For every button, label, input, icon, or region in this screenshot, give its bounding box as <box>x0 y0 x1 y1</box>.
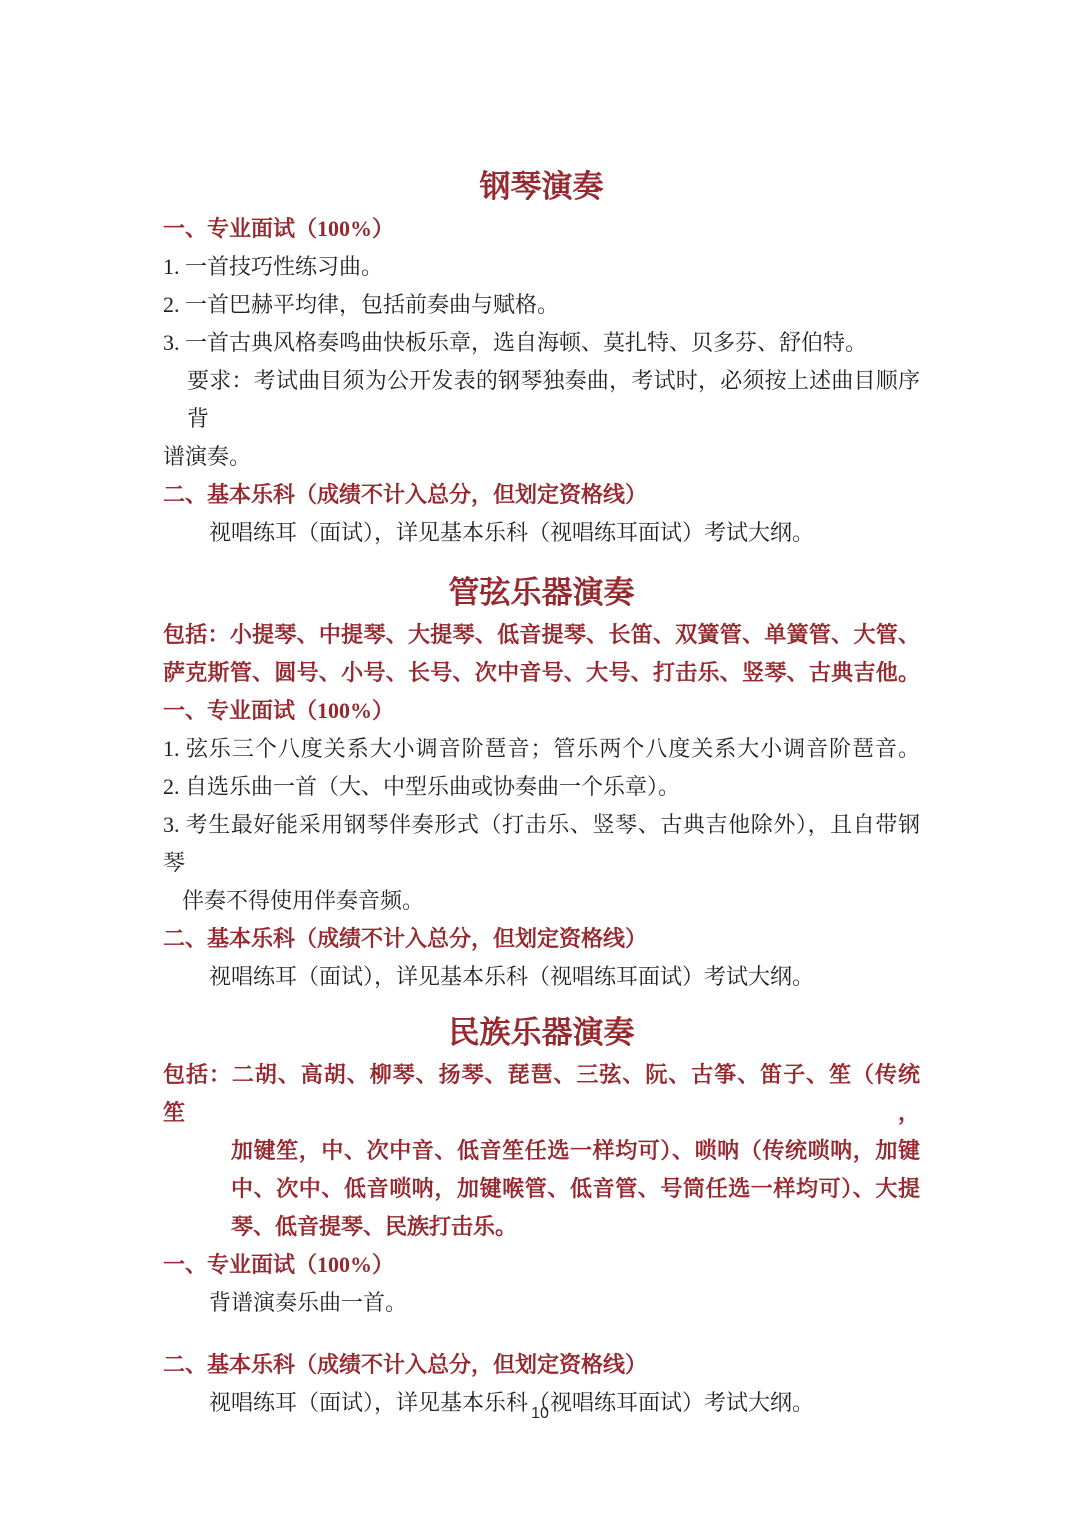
heading-line: 二、基本乐科（成绩不计入总分，但划定资格线） <box>163 476 920 514</box>
heading-line: 一、专业面试（100%） <box>163 1246 920 1284</box>
heading-line: 一、专业面试（100%） <box>163 210 920 248</box>
spacer <box>163 1322 920 1346</box>
section-2: 管弦乐器演奏包括：小提琴、中提琴、大提琴、低音提琴、长笛、双簧管、单簧管、大管、… <box>163 570 920 996</box>
text-line: 视唱练耳（面试），详见基本乐科（视唱练耳面试）考试大纲。 <box>163 514 920 552</box>
red-text-line: 琴、低音提琴、民族打击乐。 <box>163 1208 920 1246</box>
red-text-line: 包括：小提琴、中提琴、大提琴、低音提琴、长笛、双簧管、单簧管、大管、 <box>163 616 920 654</box>
document-content: 钢琴演奏一、专业面试（100%）1. 一首技巧性练习曲。2. 一首巴赫平均律，包… <box>163 164 920 1422</box>
heading-line: 二、基本乐科（成绩不计入总分，但划定资格线） <box>163 1346 920 1384</box>
red-text-line: 萨克斯管、圆号、小号、长号、次中音号、大号、打击乐、竖琴、古典吉他。 <box>163 654 920 692</box>
heading-line: 二、基本乐科（成绩不计入总分，但划定资格线） <box>163 920 920 958</box>
document-page: 钢琴演奏一、专业面试（100%）1. 一首技巧性练习曲。2. 一首巴赫平均律，包… <box>0 0 1080 1527</box>
section-1: 钢琴演奏一、专业面试（100%）1. 一首技巧性练习曲。2. 一首巴赫平均律，包… <box>163 164 920 552</box>
text-line: 2. 一首巴赫平均律，包括前奏曲与赋格。 <box>163 286 920 324</box>
text-line: 2. 自选乐曲一首（大、中型乐曲或协奏曲一个乐章）。 <box>163 768 920 806</box>
heading-line: 一、专业面试（100%） <box>163 692 920 730</box>
text-line: 3. 一首古典风格奏鸣曲快板乐章，选自海顿、莫扎特、贝多芬、舒伯特。 <box>163 324 920 362</box>
text-line: 视唱练耳（面试），详见基本乐科（视唱练耳面试）考试大纲。 <box>163 958 920 996</box>
text-line: 背谱演奏乐曲一首。 <box>163 1284 920 1322</box>
red-text-line: 加键笙，中、次中音、低音笙任选一样均可）、唢呐（传统唢呐，加键 <box>163 1132 920 1170</box>
text-line: 1. 一首技巧性练习曲。 <box>163 248 920 286</box>
text-line: 要求：考试曲目须为公开发表的钢琴独奏曲，考试时，必须按上述曲目顺序背 <box>163 362 920 438</box>
text-line: 3. 考生最好能采用钢琴伴奏形式（打击乐、竖琴、古典吉他除外），且自带钢琴 <box>163 806 920 882</box>
section-title: 民族乐器演奏 <box>163 1010 920 1056</box>
text-line: 伴奏不得使用伴奏音频。 <box>163 882 920 920</box>
red-text-line: 包括：二胡、高胡、柳琴、扬琴、琵琶、三弦、阮、古筝、笛子、笙（传统笙， <box>163 1056 920 1132</box>
text-line: 谱演奏。 <box>163 438 920 476</box>
text-line: 1. 弦乐三个八度关系大小调音阶琶音；管乐两个八度关系大小调音阶琶音。 <box>163 730 920 768</box>
section-3: 民族乐器演奏包括：二胡、高胡、柳琴、扬琴、琵琶、三弦、阮、古筝、笛子、笙（传统笙… <box>163 1010 920 1422</box>
section-title: 钢琴演奏 <box>163 164 920 210</box>
section-title: 管弦乐器演奏 <box>163 570 920 616</box>
red-text-line: 中、次中、低音唢呐，加键喉管、低音管、号筒任选一样均可）、大提 <box>163 1170 920 1208</box>
page-number: 10 <box>0 1405 1080 1423</box>
